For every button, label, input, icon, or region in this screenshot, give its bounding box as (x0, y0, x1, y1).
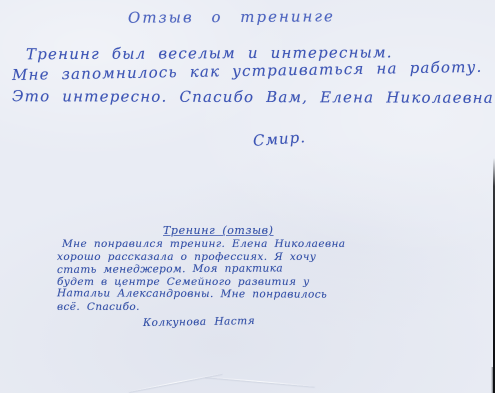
review-2-signature: Колкунова Настя (143, 315, 255, 329)
review-1-signature: Смир. (252, 128, 306, 150)
review-2-title: Тренинг (отзыв) (163, 224, 274, 237)
document-title: Отзыв о тренинге (128, 7, 335, 26)
review-2: Мне понравился тренинг. Елена Николаевна… (57, 238, 345, 313)
review-2-line: стать менеджером. Моя практика (57, 262, 346, 277)
paper-crease (205, 376, 315, 387)
review-1-line: Это интересно. Спасибо Вам, Елена Никола… (12, 85, 495, 109)
review-2-line: хорошо рассказала о профессиях. Я хочу (57, 251, 345, 264)
review-2-line: Мне понравился тренинг. Елена Николаевна (57, 238, 345, 251)
review-2-line: будет в центре Семейного развития у (57, 276, 345, 289)
review-2-line: Натальи Александровны. Мне понравилось (57, 287, 345, 301)
review-2-line: всё. Спасибо. (57, 301, 345, 314)
scan-edge-corner (491, 367, 495, 393)
scanned-paper: Отзыв о тренинге Тренинг был веселым и и… (0, 0, 495, 393)
review-1: Тренинг был веселым и интересным. Мне за… (12, 42, 495, 108)
